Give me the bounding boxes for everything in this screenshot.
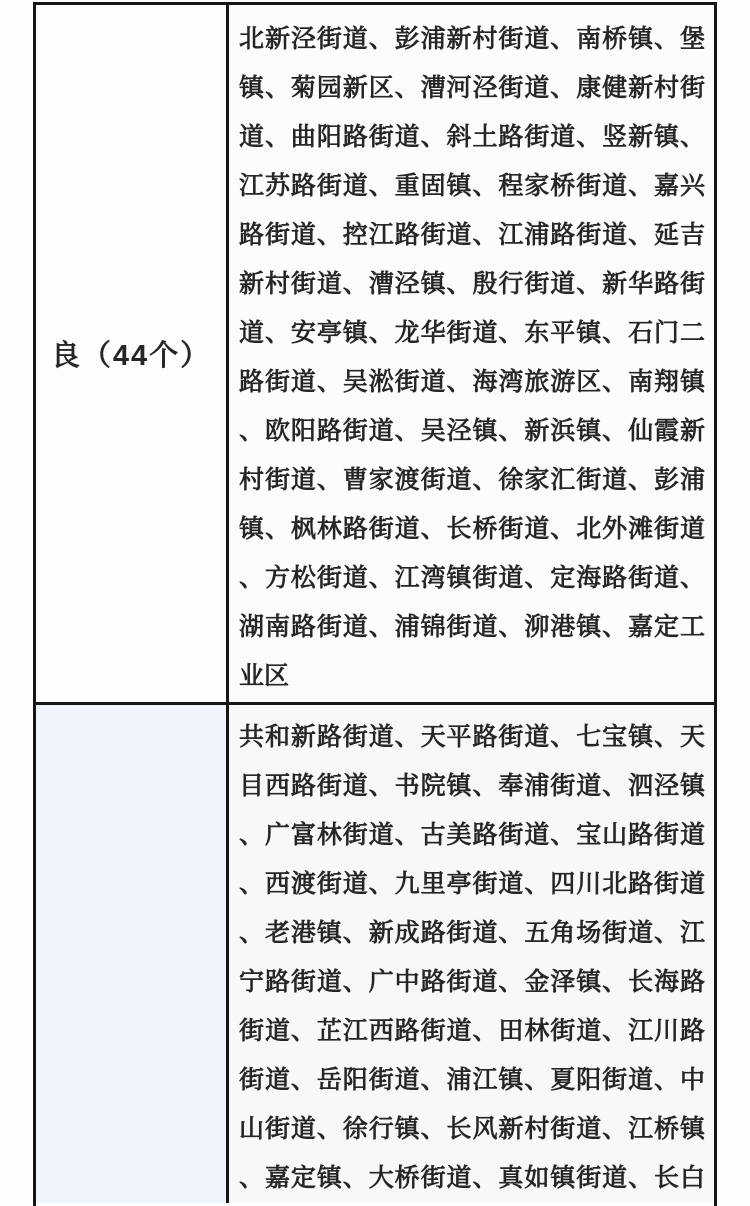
district-list-line: 镇、菊园新区、漕河泾街道、康健新村街 (239, 64, 705, 113)
district-list-line: 、老港镇、新成路街道、五角场街道、江 (239, 909, 705, 958)
district-grade-table: 良（44个） 北新泾街道、彭浦新村街道、南桥镇、堡镇、菊园新区、漕河泾街道、康健… (33, 2, 717, 1206)
district-list-line: 业区 (239, 652, 705, 701)
document-page: 良（44个） 北新泾街道、彭浦新村街道、南桥镇、堡镇、菊园新区、漕河泾街道、康健… (0, 0, 750, 1206)
district-list-line: 街道、岳阳街道、浦江镇、夏阳街道、中 (239, 1056, 705, 1105)
grade-label: 良（44个） (51, 333, 211, 374)
district-list-line: 、方松街道、江湾镇街道、定海路街道、 (239, 554, 705, 603)
district-list-line: 村街道、曹家渡街道、徐家汇街道、彭浦 (239, 456, 705, 505)
district-list-cell: 共和新路街道、天平路街道、七宝镇、天目西路街道、书院镇、奉浦街道、泗泾镇、广富林… (229, 705, 714, 1203)
district-list-line: 目西路街道、书院镇、奉浦街道、泗泾镇 (239, 762, 705, 811)
district-list-line: 、欧阳路街道、吴泾镇、新浜镇、仙霞新 (239, 407, 705, 456)
district-list-line: 、西渡街道、九里亭街道、四川北路街道 (239, 860, 705, 909)
district-list-line: 宁路街道、广中路街道、金泽镇、长海路 (239, 958, 705, 1007)
district-list-cell: 北新泾街道、彭浦新村街道、南桥镇、堡镇、菊园新区、漕河泾街道、康健新村街道、曲阳… (229, 5, 714, 702)
district-list-line: 湖南路街道、浦锦街道、泖港镇、嘉定工 (239, 603, 705, 652)
grade-label-cell-empty (36, 705, 229, 1203)
district-list-line: 路街道、吴淞街道、海湾旅游区、南翔镇 (239, 358, 705, 407)
district-list-line: 镇、枫林路街道、长桥街道、北外滩街道 (239, 505, 705, 554)
district-list-line: 共和新路街道、天平路街道、七宝镇、天 (239, 713, 705, 762)
district-list-line: 江苏路街道、重固镇、程家桥街道、嘉兴 (239, 162, 705, 211)
district-list-line: 街道、芷江西路街道、田林街道、江川路 (239, 1007, 705, 1056)
table-row-next-grade: 共和新路街道、天平路街道、七宝镇、天目西路街道、书院镇、奉浦街道、泗泾镇、广富林… (36, 705, 714, 1203)
grade-label-cell: 良（44个） (36, 5, 229, 702)
district-list-line: 新村街道、漕泾镇、殷行街道、新华路街 (239, 260, 705, 309)
district-list-line: 路街道、控江路街道、江浦路街道、延吉 (239, 211, 705, 260)
district-list-line: 、嘉定镇、大桥街道、真如镇街道、长白 (239, 1154, 705, 1203)
district-list-line: 道、安亭镇、龙华街道、东平镇、石门二 (239, 309, 705, 358)
district-list-line: 北新泾街道、彭浦新村街道、南桥镇、堡 (239, 15, 705, 64)
district-list-line: 山街道、徐行镇、长风新村街道、江桥镇 (239, 1105, 705, 1154)
table-row-liang: 良（44个） 北新泾街道、彭浦新村街道、南桥镇、堡镇、菊园新区、漕河泾街道、康健… (36, 5, 714, 705)
district-list-line: 道、曲阳路街道、斜土路街道、竖新镇、 (239, 113, 705, 162)
district-list-line: 、广富林街道、古美路街道、宝山路街道 (239, 811, 705, 860)
